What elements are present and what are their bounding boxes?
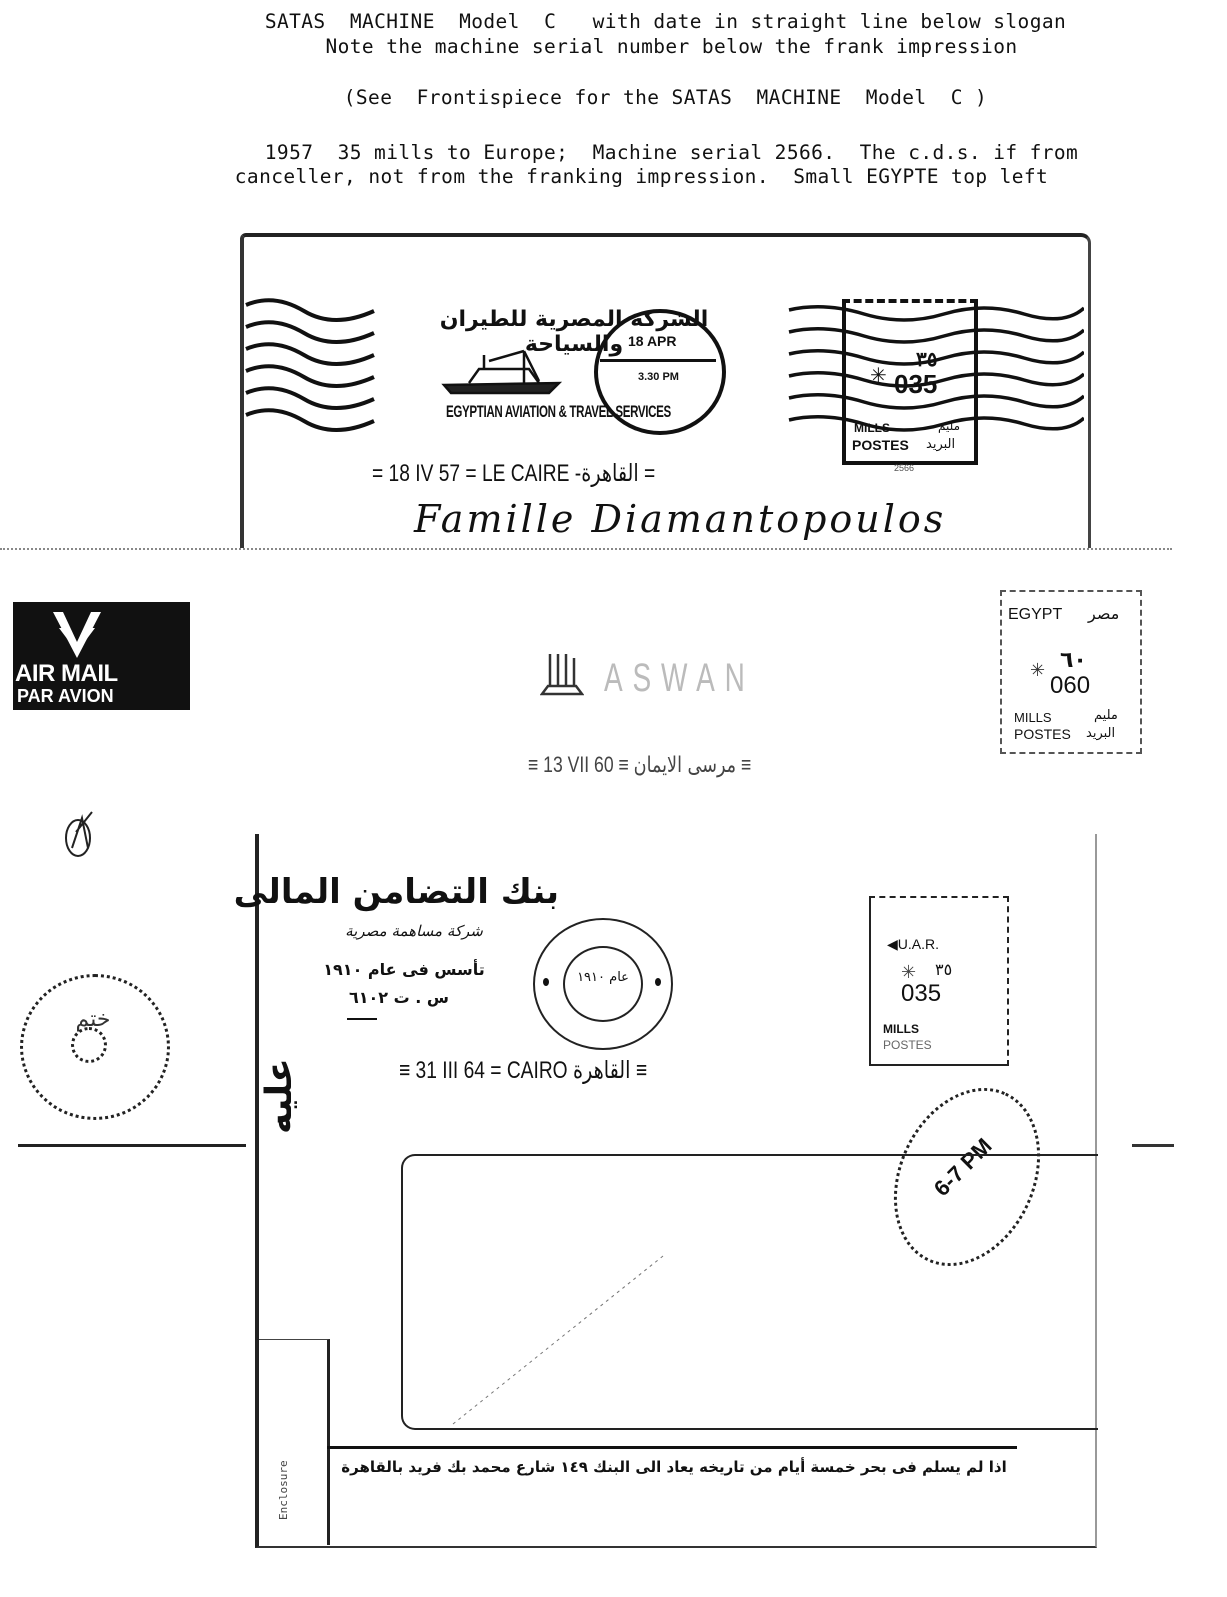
- dateline-date: 13 VII 60: [543, 752, 613, 777]
- frank-value-arabic: ٦٠: [1060, 648, 1087, 673]
- wavy-cancel-right: [784, 302, 1084, 452]
- ship-icon: [439, 347, 569, 397]
- dateline-1957: = 18 IV 57 = LE CAIRE -القاهرة =: [372, 459, 655, 488]
- dateline-date: 31 III 64: [416, 1057, 485, 1084]
- frank-star: ✳: [1030, 660, 1045, 681]
- cover-1957: الشركة المصرية للطيران والسياحة EGYPTIAN…: [240, 233, 1091, 557]
- header-line-4: 1957 35 mills to Europe; Machine serial …: [58, 141, 1227, 164]
- address-window: [401, 1154, 1098, 1430]
- dateline-eq: =: [460, 460, 482, 487]
- seal-dot: [543, 978, 549, 986]
- bank-subtitle: شركة مساهمة مصرية: [309, 922, 519, 940]
- frank-postes: POSTES: [1014, 726, 1071, 742]
- header-line-3: (See Frontispiece for the SATAS MACHINE …: [52, 86, 1227, 109]
- bank-seal-center: عام ١٩١٠: [565, 970, 641, 985]
- frank-mills: MILLS: [1014, 710, 1052, 725]
- airmail-text: AIR MAIL: [15, 660, 118, 688]
- bank-seal: عام ١٩١٠: [533, 918, 673, 1050]
- dateline-place-ar: القاهرة: [573, 1056, 631, 1084]
- bank-registry: س . ت ٦١٠٢: [319, 988, 479, 1007]
- dateline-place: CAIRO: [507, 1057, 568, 1084]
- wings-icon: [49, 606, 105, 662]
- dateline-place: LE CAIRE -: [482, 460, 581, 487]
- cover-1964: بنك التضامن المالى شركة مساهمة مصرية تأس…: [255, 834, 1097, 1548]
- frank-postes-ar: البريد: [1086, 726, 1115, 741]
- dateline-eq: ≡: [528, 752, 543, 777]
- arrow-left-icon: ◀: [887, 936, 898, 952]
- margin-note: Enclosure: [277, 1460, 290, 1520]
- seal-ring: [71, 1027, 107, 1063]
- footer-rule: [327, 1446, 1017, 1449]
- frank-mills-ar: مليم: [1094, 708, 1118, 723]
- column-icon: [540, 650, 584, 696]
- address-handwritten: Famille Diamantopoulos: [414, 497, 946, 541]
- bank-name: بنك التضامن المالى: [269, 872, 559, 912]
- dateline-1960: ≡ 13 VII 60 ≡ مرسى الايمان ≡: [528, 752, 751, 778]
- dateline-place-ar: القاهرة: [581, 459, 639, 487]
- frank-mills: MILLS: [883, 1022, 919, 1036]
- footer-text: اذا لم يسلم فى بحر خمسة أيام من تاريخه ي…: [329, 1458, 1019, 1476]
- frank-impression: ◀U.A.R. ✳ ٣٥ 035 MILLS POSTES: [869, 896, 1009, 1066]
- dateline-date: 18 IV 57: [389, 460, 461, 487]
- dateline-eq: =: [372, 460, 389, 487]
- frank-country: EGYPT: [1008, 606, 1062, 624]
- dateline-eq: =: [639, 460, 656, 487]
- dateline-eq: ≡: [736, 752, 751, 777]
- frank-value: 035: [901, 980, 941, 1008]
- header-line-5: canceller, not from the franking impress…: [28, 165, 1227, 188]
- wavy-cancel-left: [244, 297, 379, 447]
- handwritten-mark: [58, 808, 104, 860]
- frank-country: ◀U.A.R.: [887, 936, 939, 953]
- dateline-eq: ≡: [630, 1057, 647, 1084]
- mount-line-right: [1132, 1144, 1174, 1147]
- cds-date: 18 APR: [628, 333, 677, 349]
- header-line-1: SATAS MACHINE Model C with date in strai…: [52, 10, 1227, 33]
- bank-founded: تأسس فى عام ١٩١٠: [319, 960, 489, 979]
- registry-underline: [347, 1018, 377, 1020]
- arabic-seal: ختم: [20, 974, 170, 1120]
- dateline-eq: =: [485, 1057, 507, 1084]
- dateline-eq: ≡: [399, 1057, 416, 1084]
- frank-country-ar: مصر: [1088, 604, 1119, 623]
- frank-value-arabic: ٣٥: [935, 960, 952, 979]
- cds-time: 3.30 PM: [638, 371, 679, 383]
- frank-impression: EGYPT مصر ✳ ٦٠ 060 MILLS مليم POSTES الب…: [1000, 590, 1142, 754]
- dateline-1964: ≡ 31 III 64 = CAIRO القاهرة ≡: [399, 1056, 647, 1085]
- frank-value: 060: [1050, 672, 1090, 700]
- cds-bar: [600, 359, 716, 362]
- handwritten-side: عليه: [259, 1058, 300, 1134]
- airmail-label: AIR MAIL PAR AVION: [13, 602, 190, 710]
- slogan-text-faint: ASWAN: [604, 656, 755, 701]
- machine-serial: 2566: [894, 463, 914, 473]
- window-fold-line: [403, 1156, 1093, 1426]
- seal-dot: [655, 978, 661, 986]
- paravion-text: PAR AVION: [17, 686, 114, 707]
- cds-postmark: 18 APR 3.30 PM: [594, 309, 726, 435]
- mount-line-left: [18, 1144, 246, 1147]
- dateline-eq: ≡: [614, 752, 634, 777]
- left-strip: Enclosure: [259, 1339, 330, 1545]
- header-line-2: Note the machine serial number below the…: [58, 35, 1227, 58]
- frank-postes: POSTES: [883, 1038, 932, 1052]
- dateline-place-ar: مرسى الايمان: [634, 753, 736, 778]
